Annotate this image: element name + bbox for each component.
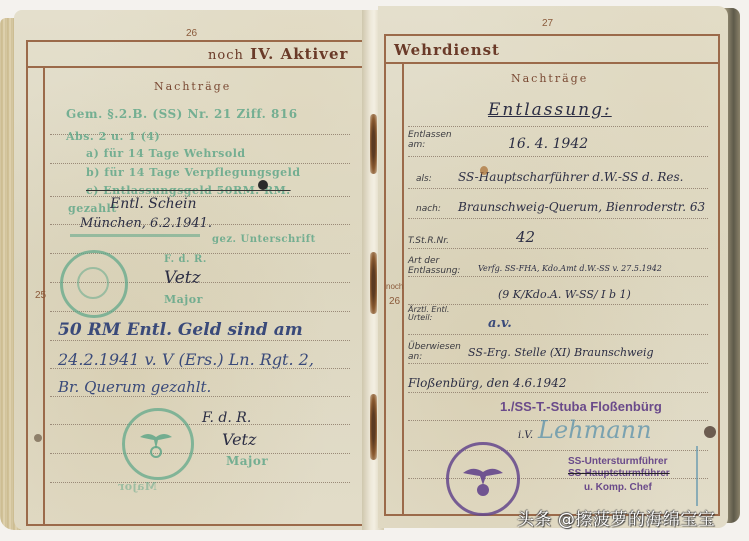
green-stamp-line: Gem. §.2.B. (SS) Nr. 21 Ziff. 816	[66, 107, 298, 121]
ruled-line	[408, 276, 708, 277]
ruled-line	[50, 424, 350, 425]
header-divider	[384, 62, 718, 64]
ruled-line	[408, 126, 708, 127]
stamp-underline	[70, 234, 200, 237]
ruled-line	[408, 450, 708, 451]
field-label-tst-r-nr: T.St.R.Nr.	[408, 236, 449, 246]
round-seal-purple	[446, 442, 520, 516]
binding-staple	[370, 252, 377, 314]
section-title-nachtraege: Nachträge	[511, 72, 588, 85]
round-seal-wehrmeldeamt	[122, 408, 194, 480]
right-page-header: Wehrdienst	[394, 41, 500, 59]
ruled-line	[408, 188, 708, 189]
signature: Lehmann	[538, 416, 652, 444]
ruled-line	[408, 218, 708, 219]
field-label-entlassen-am: Entlassen am:	[408, 130, 458, 150]
field-value-av: a.v.	[488, 316, 512, 331]
green-stamp-line: Abs. 2 u. 1 (4)	[66, 130, 160, 143]
page-number-right: 27	[542, 18, 553, 29]
green-stamp-line: a) für 14 Tage Wehrsold	[86, 147, 246, 160]
field-value-rank: SS-Hauptscharführer d.W.-SS d. Res.	[458, 170, 683, 184]
ruled-line	[408, 334, 708, 335]
pen-stroke	[696, 446, 698, 506]
role-stamp: u. Komp. Chef	[584, 482, 652, 493]
ink-blot	[258, 180, 268, 190]
right-page: 27 Wehrdienst Nachträge noch 26 Entlassu…	[378, 6, 728, 528]
left-page-header: noch IV. Aktiver	[208, 45, 348, 63]
header-divider	[26, 66, 364, 68]
seal-inner-ring	[77, 267, 109, 299]
ruled-line	[408, 392, 708, 393]
eagle-emblem-icon	[138, 425, 174, 461]
eagle-emblem-icon	[461, 457, 505, 501]
ruled-line	[50, 482, 350, 483]
handwritten-entry-line: 24.2.1941 v. V (Ers.) Ln. Rgt. 2,	[58, 350, 314, 369]
field-label-als: als:	[416, 174, 432, 184]
unit-stamp: 1./SS-T.-Stuba Floßenbürg	[500, 399, 662, 414]
field-value-art: Verfg. SS-FHA, Kdo.Amt d.W.-SS v. 27.5.1…	[478, 264, 662, 273]
header-prefix: noch	[208, 48, 244, 63]
field-value-date: 16. 4. 1942	[508, 136, 588, 152]
rank-stamp: SS-Untersturmführer	[568, 456, 667, 467]
entry-title-entlassung: Entlassung:	[488, 100, 612, 120]
field-value-art-ref: (9 K/Kdo.A. W-SS/ I b 1)	[498, 288, 631, 301]
fdr-stamp: F. d. R.	[164, 254, 207, 265]
field-label-aerztl-urteil: Ärztl. Entl. Urteil:	[408, 306, 458, 322]
handwritten-entl-schein: Entl. Schein	[110, 196, 196, 212]
ruled-line	[50, 163, 350, 164]
stain	[480, 166, 488, 175]
iv-prefix: i.V.	[518, 430, 533, 441]
ruled-line	[50, 340, 350, 341]
ruled-line	[408, 304, 708, 305]
margin-page-number: 25	[35, 290, 46, 301]
ruled-line	[408, 363, 708, 364]
round-seal-green	[60, 250, 128, 318]
signature-1: Vetz	[164, 268, 201, 288]
signature-caption-stamp: gez. Unterschrift	[212, 234, 316, 245]
ruled-line	[408, 156, 708, 157]
section-title-nachtraege: Nachträge	[154, 80, 231, 93]
field-value-destination: Braunschweig-Querum, Bienroderstr. 63	[458, 200, 705, 214]
handwritten-entry-line: Br. Querum gezahlt.	[58, 378, 211, 396]
ruled-line	[50, 453, 350, 454]
rank-stamp-major-2: Major	[226, 454, 268, 468]
stain	[34, 434, 42, 442]
rank-stamp-major: Major	[164, 293, 203, 306]
open-booklet: 26 noch IV. Aktiver 25 Nachträge Gem. §.…	[0, 0, 749, 541]
rank-stamp-struck: SS-Hauptsturmführer	[568, 468, 670, 479]
left-page: 26 noch IV. Aktiver 25 Nachträge Gem. §.…	[14, 10, 370, 530]
margin-page-number: 26	[389, 296, 400, 307]
field-label-art-der-entlassung: Art der Entlassung:	[408, 256, 468, 276]
ruled-line	[50, 396, 350, 397]
signature-2: Vetz	[222, 430, 256, 449]
source-watermark: 头条 @擦菠萝的海绵宝宝	[517, 505, 715, 530]
handwritten-entry-line: 50 RM Entl. Geld sind am	[58, 320, 303, 340]
header-title: IV. Aktiver	[250, 45, 348, 63]
green-stamp-line: b) für 14 Tage Verpflegungsgeld	[86, 166, 301, 179]
stain	[704, 426, 716, 438]
field-label-nach: nach:	[416, 204, 441, 214]
place-date: Floßenbürg, den 4.6.1942	[408, 376, 566, 390]
fdr-handwritten: F. d. R.	[202, 410, 251, 426]
margin-note: noch	[386, 282, 403, 291]
ruled-line	[408, 248, 708, 249]
handwritten-place-date: München, 6.2.1941.	[80, 216, 212, 231]
page-number-left: 26	[186, 28, 197, 39]
mirrored-offset-stamp: Major	[118, 480, 157, 493]
field-value-tst-r-nr: 42	[516, 228, 535, 246]
field-value-ueberwiesen: SS-Erg. Stelle (XI) Braunschweig	[468, 346, 654, 359]
binding-staple	[370, 394, 377, 460]
field-label-ueberwiesen-an: Überwiesen an:	[408, 342, 458, 362]
binding-staple	[370, 114, 377, 174]
